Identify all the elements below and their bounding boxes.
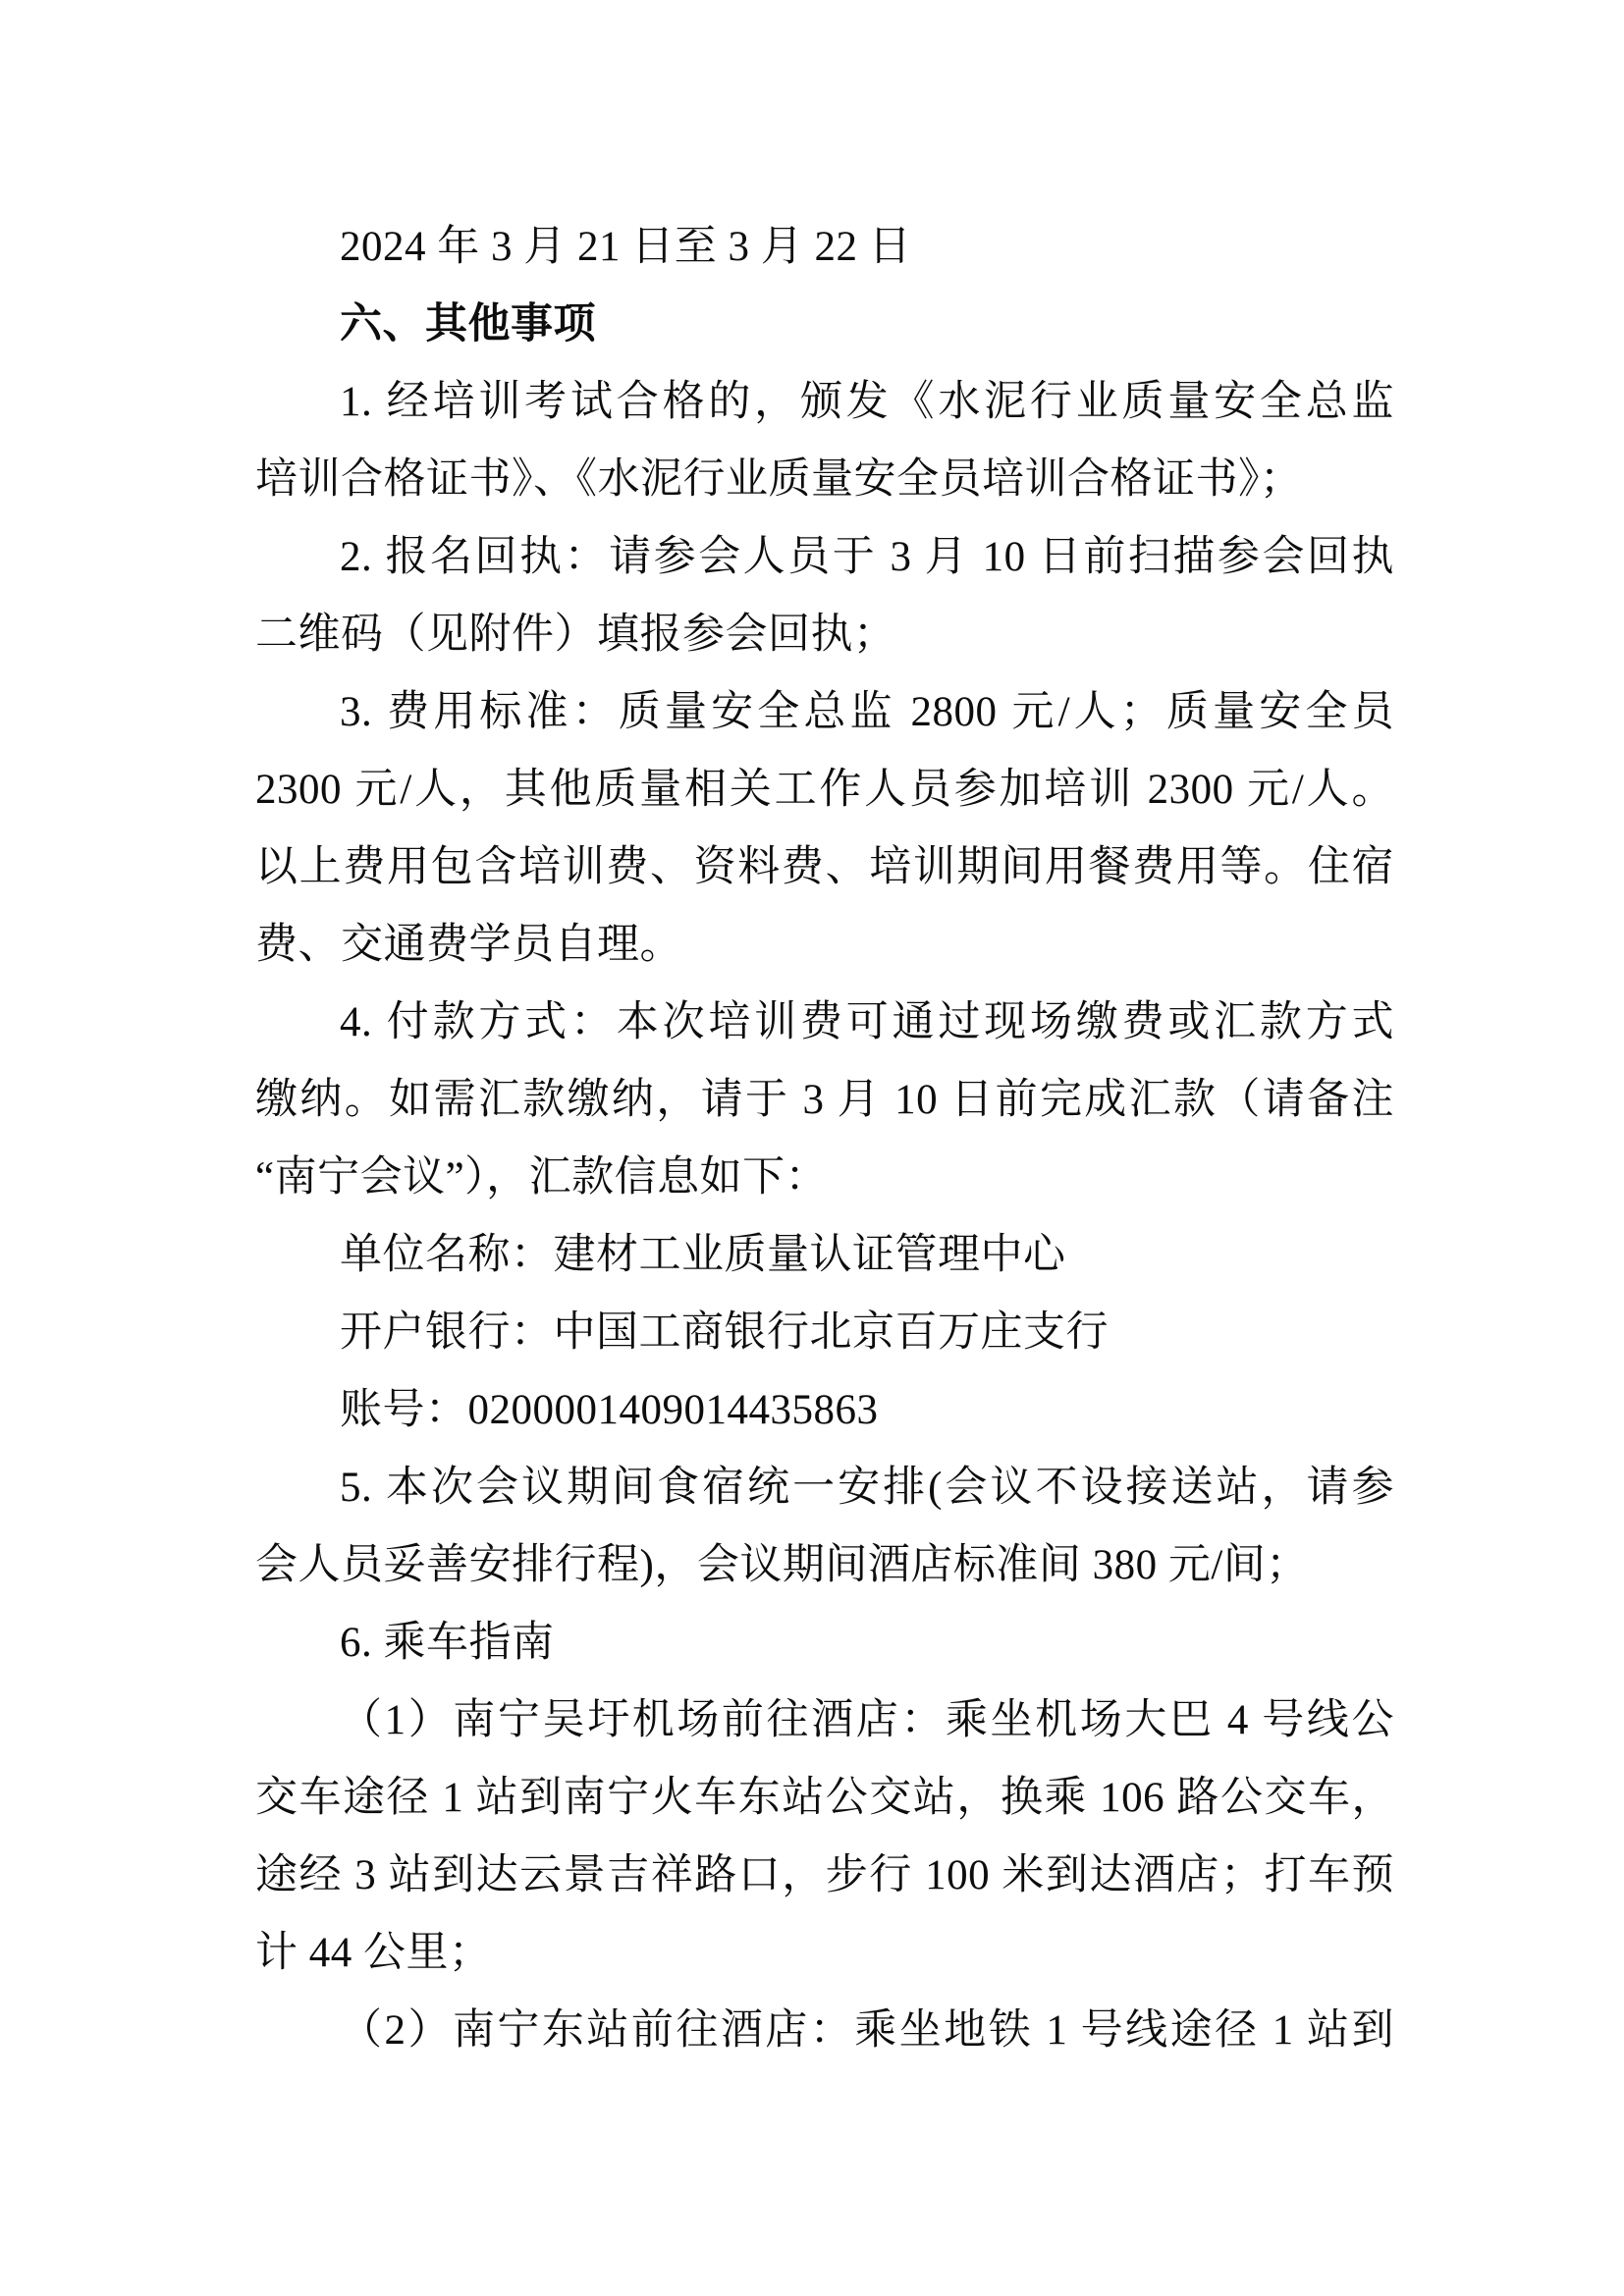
paragraph-line: 二维码（见附件）填报参会回执； (255, 596, 1394, 673)
paragraph-line: 2300 元/人，其他质量相关工作人员参加培训 2300 元/人。 (255, 751, 1394, 828)
paragraph-line: 4. 付款方式：本次培训费可通过现场缴费或汇款方式 (255, 984, 1394, 1061)
paragraph-line: 培训合格证书》、《水泥行业质量安全员培训合格证书》； (255, 441, 1394, 518)
paragraph-line: 开户银行：中国工商银行北京百万庄支行 (255, 1294, 1394, 1371)
paragraph-line: 1. 经培训考试合格的，颁发《水泥行业质量安全总监 (255, 363, 1394, 441)
paragraph-line: 6. 乘车指南 (255, 1604, 1394, 1682)
paragraph-line: 途经 3 站到达云景吉祥路口，步行 100 米到达酒店；打车预 (255, 1837, 1394, 1914)
document-page: 2024 年 3 月 21 日至 3 月 22 日六、其他事项1. 经培训考试合… (0, 0, 1624, 2296)
paragraph-line: 2. 报名回执：请参会人员于 3 月 10 日前扫描参会回执 (255, 518, 1394, 596)
document-body: 2024 年 3 月 21 日至 3 月 22 日六、其他事项1. 经培训考试合… (255, 208, 1394, 2069)
paragraph-line: 5. 本次会议期间食宿统一安排(会议不设接送站，请参 (255, 1449, 1394, 1526)
paragraph-line: “南宁会议”），汇款信息如下： (255, 1139, 1394, 1216)
paragraph-line: 缴纳。如需汇款缴纳，请于 3 月 10 日前完成汇款（请备注 (255, 1061, 1394, 1139)
paragraph-line: 账号：0200001409014435863 (255, 1371, 1394, 1449)
paragraph-line: 以上费用包含培训费、资料费、培训期间用餐费用等。住宿 (255, 828, 1394, 906)
section-heading: 六、其他事项 (255, 286, 1394, 363)
paragraph-line: 计 44 公里； (255, 1914, 1394, 1992)
date-line: 2024 年 3 月 21 日至 3 月 22 日 (255, 208, 1394, 286)
paragraph-line: （1）南宁吴圩机场前往酒店：乘坐机场大巴 4 号线公 (255, 1682, 1394, 1759)
paragraph-line: 费、交通费学员自理。 (255, 906, 1394, 984)
paragraph-line: 交车途径 1 站到南宁火车东站公交站，换乘 106 路公交车， (255, 1759, 1394, 1837)
paragraph-line: 单位名称：建材工业质量认证管理中心 (255, 1216, 1394, 1294)
paragraph-line: 会人员妥善安排行程)，会议期间酒店标准间 380 元/间； (255, 1526, 1394, 1604)
paragraph-line: 3. 费用标准：质量安全总监 2800 元/人；质量安全员 (255, 673, 1394, 751)
paragraph-line: （2）南宁东站前往酒店：乘坐地铁 1 号线途径 1 站到 (255, 1992, 1394, 2069)
